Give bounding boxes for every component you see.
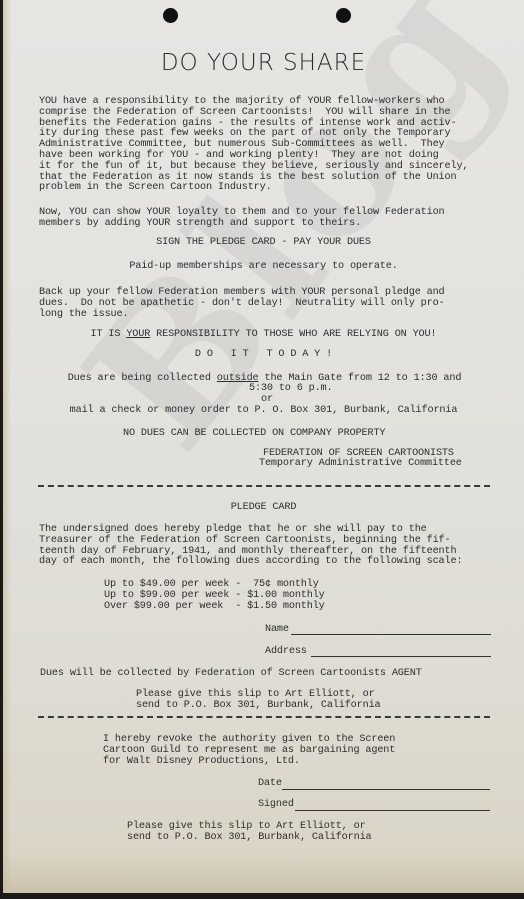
- date-label: Date: [258, 779, 282, 790]
- loyalty-paragraph: Now, YOU can show YOUR loyalty to them a…: [39, 208, 445, 230]
- pledge-give-slip: Please give this slip to Art Elliott, or…: [136, 690, 381, 712]
- responsibility-suffix: RESPONSIBILITY TO THOSE WHO ARE RELYING …: [150, 329, 436, 340]
- dues-prefix: Dues are being collected: [68, 373, 217, 384]
- address-field[interactable]: [311, 656, 491, 657]
- pledge-paragraph: The undersigned does hereby pledge that …: [39, 525, 462, 568]
- signed-label: Signed: [258, 800, 294, 811]
- date-field[interactable]: [282, 789, 490, 790]
- responsibility-line: IT IS YOUR RESPONSIBILITY TO THOSE WHO A…: [3, 330, 524, 341]
- paper-edge-shading: [3, 853, 524, 893]
- signature-field[interactable]: [295, 810, 490, 811]
- address-label: Address: [265, 647, 307, 658]
- responsibility-prefix: IT IS: [91, 329, 127, 340]
- dues-mail-line: mail a check or money order to P. O. Box…: [3, 406, 524, 417]
- responsibility-emphasis: YOUR: [126, 329, 150, 340]
- no-dues-notice: NO DUES CAN BE COLLECTED ON COMPANY PROP…: [123, 429, 385, 440]
- name-label: Name: [265, 625, 289, 636]
- document-page: Blog DO YOUR SHARE YOU have a responsibi…: [3, 0, 524, 893]
- page-title: DO YOUR SHARE: [3, 50, 524, 76]
- revocation-give-slip: Please give this slip to Art Elliott, or…: [127, 822, 372, 844]
- do-it-today: D O I T T O D A Y !: [3, 350, 524, 361]
- sign-pledge-heading: SIGN THE PLEDGE CARD - PAY YOUR DUES: [3, 238, 524, 249]
- cut-line-2: [38, 716, 490, 718]
- backup-paragraph: Back up your fellow Federation members w…: [39, 288, 445, 320]
- punch-hole-right: [336, 8, 351, 23]
- revocation-paragraph: I hereby revoke the authority given to t…: [103, 735, 395, 767]
- signature-committee: Temporary Administrative Committee: [259, 459, 462, 470]
- intro-paragraph: YOU have a responsibility to the majorit…: [39, 97, 468, 194]
- name-field[interactable]: [291, 634, 491, 635]
- pledge-card-heading: PLEDGE CARD: [3, 503, 524, 514]
- paid-up-line: Paid-up memberships are necessary to ope…: [3, 262, 524, 273]
- cut-line-1: [38, 485, 490, 487]
- punch-hole-left: [163, 8, 178, 23]
- dues-scale: Up to $49.00 per week - 75¢ monthly Up t…: [104, 580, 325, 612]
- collection-note: Dues will be collected by Federation of …: [40, 669, 422, 680]
